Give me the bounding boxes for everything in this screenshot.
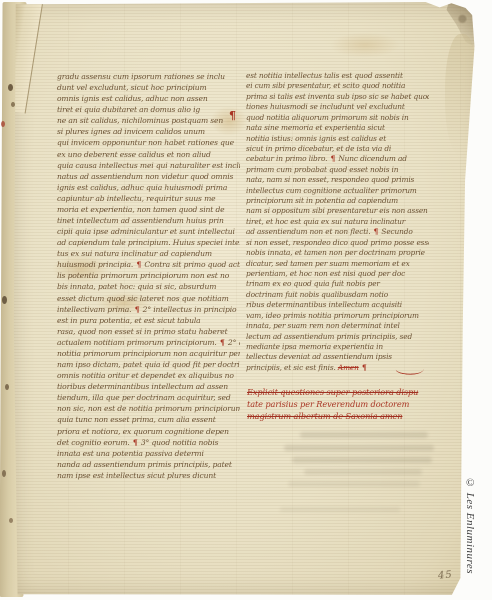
text-line: det cognitio eorum. ¶ 3° quod notitia no… [57,437,240,448]
text-line: lis potentia primorum principiorum non e… [57,270,240,281]
text-line: doctrinam fuit nobis qualibusdam notio [246,290,429,300]
text-line: intellectivam prima. ¶ 2° intellectus in… [57,304,240,315]
pilcrow-mark: ¶ [219,338,226,347]
text-line: bis innata, patet hoc: quia si sic, absu… [57,281,240,292]
text-line: Explicit questiones super posteriora dis… [247,387,439,399]
text-line: quia tunc non esset prima, cum alia esse… [57,414,240,425]
text-line: ex uno deberent esse calidus et non aliu… [57,149,240,160]
text-line: intellectus cum cognitione actualiter pr… [246,186,429,196]
text-line: ignis est calidus, adhuc quia huiusmodi … [57,182,240,193]
text-line: nata, nam si non esset, respondeo quod p… [246,175,429,185]
edge-speck [2,470,6,477]
text-line: innata, per suam rem non determinat inte… [246,321,429,331]
edge-speck [9,518,13,523]
text-line: dunt vel excludunt, sicut hoc principium [57,82,240,93]
text-line: priora et notiora, ex quorum cognitione … [57,426,240,437]
text-line: tiret ei quia dubitaret an domus alio ig [57,104,240,115]
text-line: qui invicem opponuntur non habet ratione… [57,137,240,148]
text-line: omnis notitia oritur et dependet ex aliq… [57,370,240,381]
text-line: trinam ex eo quod quia fuit nobis per [246,279,429,289]
edge-speck [11,102,15,107]
text-line: nata sine memoria et experientia sicut [246,123,429,133]
verso-showthrough [304,469,422,475]
left-text-column: gradu assensu cum ipsorum rationes se in… [57,71,240,481]
text-line: tiendum, illa que per doctrinam acquirit… [57,392,240,403]
folio-number: 45 [438,569,454,581]
text-line: si plures ignes ad invicem calidos unum [57,126,240,137]
text-line: tiones huiusmodi se includunt vel exclud… [246,102,429,112]
text-line: tate parisius per Reverendum doctorem [247,399,439,411]
text-line: capiuntur ab intellectu, requiritur suus… [57,193,240,204]
text-line: perientiam, et hoc non est nisi quod per… [246,269,429,279]
text-line: si non esset, respondeo dico quod primo … [246,238,429,248]
text-line: ad assentiendum non et non flecti. ¶ Sec… [246,227,429,237]
text-line: nanda ad assentiendum primis principiis,… [57,459,240,470]
verso-showthrough [288,481,420,487]
text-line: principiorum sit in potentia ad capiendu… [246,196,429,206]
explicit-colophon: Explicit questiones super posteriora dis… [247,387,439,422]
text-line: rasa, quod non esset si in primo statu h… [57,326,240,337]
right-text-column: est notitia intellectus talis est quod a… [246,71,429,373]
text-line: innata est una potentia passiva determi [57,448,240,459]
copyright-watermark: © Les Enluminures [464,477,476,600]
text-line: cebatur in primo libro. ¶ Nunc dicendum … [246,154,429,164]
text-line: non sic, non est de notitia primorum pri… [57,403,240,414]
text-line: tus ex sui natura inclinatur ad capiendu… [57,248,240,259]
text-line: primam cum probabat quod esset nobis in [246,165,429,175]
text-line: nobis innata, et tamen non per doctrinam… [246,248,429,258]
verso-showthrough [300,432,428,438]
text-line: dicatur, sed tamen per suam memoriam et … [246,259,429,269]
text-line: tinet intellectum ad assentiendum huius … [57,215,240,226]
text-line: lectum ad assentiendum primis principiis… [246,332,429,342]
text-line: prima si talis est inventa sub ipso sic … [246,92,429,102]
pilcrow-mark: ¶ [361,363,368,372]
text-line: huiusmodi principia. ¶ Contra sit primo … [57,259,240,270]
text-line: gradu assensu cum ipsorum rationes se in… [57,71,240,82]
text-line: ribus determinantibus intellectum acquis… [246,300,429,310]
pilcrow-mark: ¶ [132,438,139,447]
text-line: est in pura potentia, et est sicut tabul… [57,315,240,326]
text-line: nam ipse est intellectus sicut plures di… [57,470,240,481]
text-line: ne an sit calidus, nichilominus postquam… [57,115,240,126]
edge-speck [2,296,7,304]
edge-speck [5,384,9,390]
edge-speck [8,84,13,91]
verso-showthrough [284,445,434,451]
parchment-stain [330,32,400,58]
text-line: cipii quia ipse adminiculantur et sunt i… [57,226,240,237]
verso-showthrough [280,507,400,512]
text-line: ad capiendum tale principium. Huius spec… [57,237,240,248]
text-line: notitia istius: omnis ignis est calidus … [246,134,429,144]
text-line: natus ad assentiendum non videtur quod o… [57,171,240,182]
text-line: mediante ipsa memoria experientia in [246,342,429,352]
text-line: vam, ideo primis notitia primorum princi… [246,311,429,321]
text-line: sicut in primo dicebatur, et de ista via… [246,144,429,154]
text-line: nam ipso dictam, patet quia id quod fit … [57,359,240,370]
text-line: magistrum albertum de Saxonia amen [247,411,439,423]
text-line: actualem notitiam primorum principiorum.… [57,337,240,348]
text-line: esset dictum quod sic lateret nos que no… [57,293,240,304]
capitulum-mark: ¶ [229,109,236,122]
verso-showthrough [292,457,432,463]
text-line: nam si oppositum sibi presentaretur eis … [246,206,429,216]
text-line: ei cum sibi presentatur, et scito quod n… [246,81,429,91]
text-line: tiret, et hoc est quia ex sui natura inc… [246,217,429,227]
manuscript-photo: gradu assensu cum ipsorum rationes se in… [0,0,492,600]
text-line: notitia primorum principiorum non acquir… [57,348,240,359]
edge-speck [1,121,5,127]
text-line: quod notitia aliquorum primorum sit nobi… [246,113,429,123]
text-line: moria et experientia, non tamen quod sin… [57,204,240,215]
text-line: tioribus determinantibus intellectum ad … [57,381,240,392]
text-line: quia causa intellectus mei qui naturalit… [57,160,240,171]
text-line: omnis ignis est calidus, adhuc non assen [57,93,240,104]
corner-discoloration [445,34,479,156]
text-line: est notitia intellectus talis est quod a… [246,71,429,81]
